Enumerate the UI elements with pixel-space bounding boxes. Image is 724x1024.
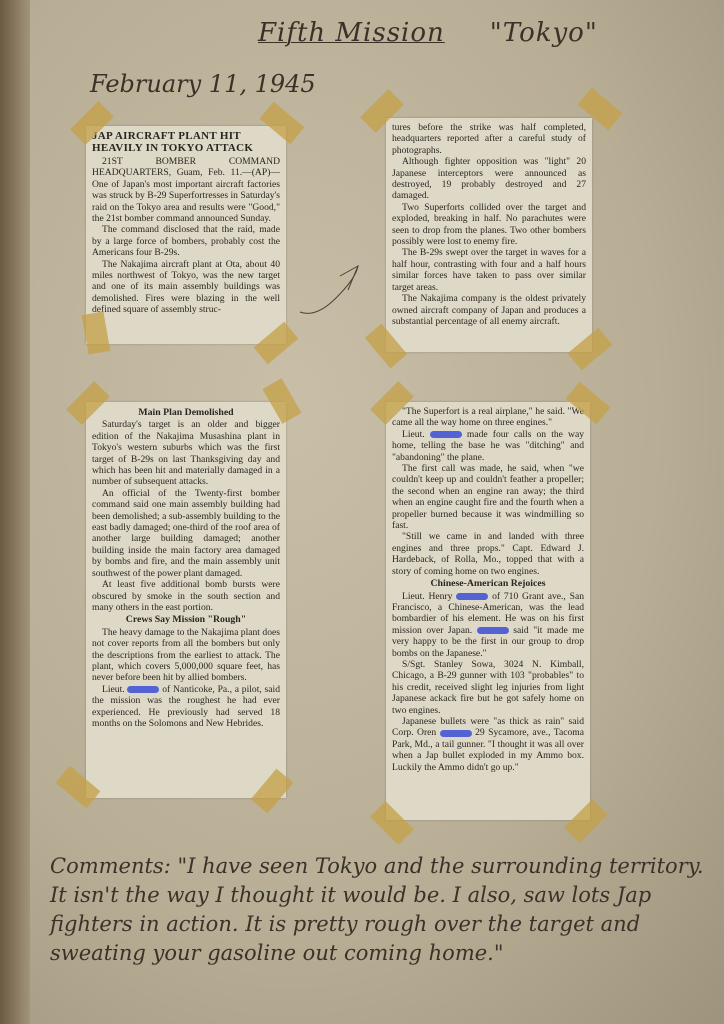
redaction-mark	[430, 431, 462, 438]
page-date: February 11, 1945	[90, 70, 316, 98]
clipping-paragraph: "The Superfort is a real airplane," he s…	[392, 406, 584, 429]
clipping-paragraph: tures before the strike was half complet…	[392, 122, 586, 156]
handwritten-comments: Comments: "I have seen Tokyo and the sur…	[50, 852, 720, 968]
clipping-paragraph: Saturday's target is an older and bigger…	[92, 419, 280, 487]
newspaper-clipping-4: "The Superfort is a real airplane," he s…	[386, 402, 590, 820]
newspaper-clipping-3: Main Plan Demolished Saturday's target i…	[86, 402, 286, 798]
clipping-subhead: Chinese-American Rejoices	[392, 578, 584, 589]
page-title: Fifth Mission"Tokyo"	[258, 18, 598, 48]
clipping-paragraph: "Still we came in and landed with three …	[392, 531, 584, 577]
clipping-paragraph: The heavy damage to the Nakajima plant d…	[92, 627, 280, 684]
title-mission: Fifth Mission	[258, 18, 445, 48]
clipping-paragraph: The Nakajima company is the oldest priva…	[392, 293, 586, 327]
clipping-headline: JAP AIRCRAFT PLANT HIT HEAVILY IN TOKYO …	[92, 130, 280, 154]
clipping-paragraph: The Nakajima aircraft plant at Ota, abou…	[92, 259, 280, 316]
clipping-subhead: Main Plan Demolished	[92, 407, 280, 418]
clipping-paragraph: The B-29s swept over the target in waves…	[392, 247, 586, 293]
clipping-subhead: Crews Say Mission "Rough"	[92, 614, 280, 625]
clipping-paragraph: Lieut. made four calls on the way home, …	[392, 429, 584, 463]
clipping-paragraph: Lieut. of Nanticoke, Pa., a pilot, said …	[92, 684, 280, 730]
newspaper-clipping-2: tures before the strike was half complet…	[386, 118, 592, 352]
clipping-paragraph: Lieut. Henry of 710 Grant ave., San Fran…	[392, 591, 584, 659]
redaction-mark	[477, 627, 509, 634]
clipping-paragraph: Two Superforts collided over the target …	[392, 202, 586, 248]
redaction-mark	[440, 730, 472, 737]
clipping-paragraph: Although fighter opposition was "light" …	[392, 156, 586, 202]
title-target: "Tokyo"	[490, 18, 598, 48]
redaction-mark	[456, 593, 488, 600]
clipping-paragraph: The first call was made, he said, when "…	[392, 463, 584, 531]
newspaper-clipping-1: JAP AIRCRAFT PLANT HIT HEAVILY IN TOKYO …	[86, 126, 286, 344]
pencil-arrow-icon	[296, 258, 366, 318]
clipping-paragraph: 21ST BOMBER COMMAND HEADQUARTERS, Guam, …	[92, 156, 280, 224]
redaction-mark	[127, 686, 159, 693]
clipping-paragraph: Japanese bullets were "as thick as rain"…	[392, 716, 584, 773]
clipping-paragraph: S/Sgt. Stanley Sowa, 3024 N. Kimball, Ch…	[392, 659, 584, 716]
clipping-paragraph: The command disclosed that the raid, mad…	[92, 224, 280, 258]
album-binding-edge	[0, 0, 30, 1024]
clipping-paragraph: At least five additional bomb bursts wer…	[92, 579, 280, 613]
clipping-paragraph: An official of the Twenty-first bomber c…	[92, 488, 280, 579]
